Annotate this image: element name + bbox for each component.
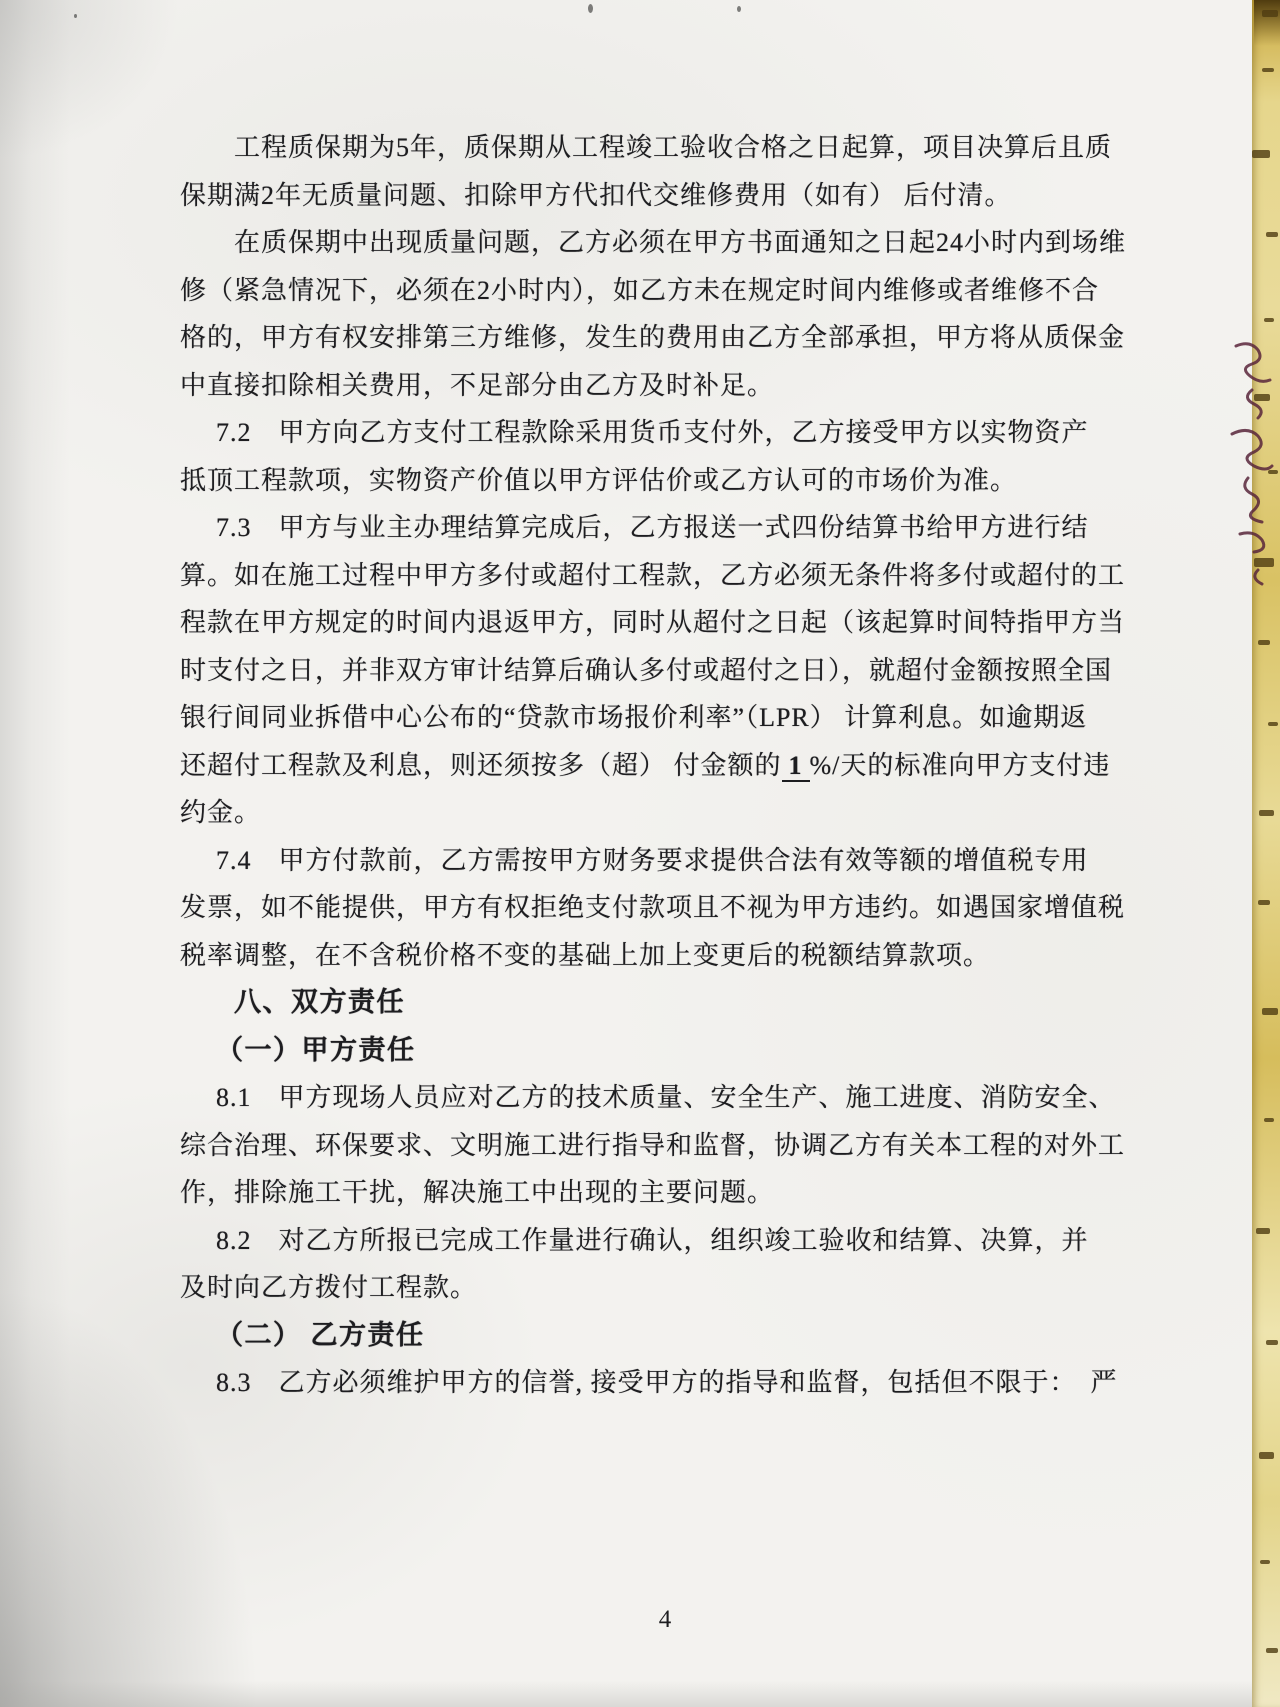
scan-shadow-top-left [0,0,180,160]
stack-edge-mark [1254,558,1274,567]
text-line: 约金。 [180,789,1080,837]
text-line: 银行间同业拆借中心公布的“贷款市场报价利率”（LPR） 计算利息。如逾期返 [180,694,1080,742]
text-line: 税率调整，在不含税价格不变的基础上加上变更后的税额结算款项。 [180,932,1080,980]
text-line: 8.2 对乙方所报已完成工作量进行确认，组织竣工验收和结算、决算，并 [216,1217,1080,1265]
text-line: 在质保期中出现质量问题，乙方必须在甲方书面通知之日起24小时内到场维 [234,219,1080,267]
text-line: 8.3 乙方必须维护甲方的信誉, 接受甲方的指导和监督，包括但不限于： 严 [216,1359,1080,1407]
stack-edge-mark [1266,232,1278,237]
filled-blank-value: 1 [782,751,810,782]
scan-speck [737,6,741,12]
stack-edge-mark [1260,1560,1270,1564]
stack-edge-mark [1254,394,1270,401]
text-line: 八、双方责任 [234,979,1080,1027]
text-line: 7.4 甲方付款前，乙方需按甲方财务要求提供合法有效等额的增值税专用 [216,837,1080,885]
text-line: 发票，如不能提供，甲方有权拒绝支付款项且不视为甲方违约。如遇国家增值税 [180,884,1080,932]
stack-edge-mark [1262,68,1274,72]
stack-edge-mark [1262,10,1278,17]
stack-edge-mark [1264,318,1274,322]
text-line: 算。如在施工过程中甲方多付或超付工程款，乙方必须无条件将多付或超付的工 [180,552,1080,600]
scan-speck [74,14,77,18]
text-segment: %/天的标准向甲方支付违 [810,751,1111,780]
stack-edge-mark [1266,1340,1278,1345]
text-segment: 还超付工程款及利息，则还须按多（超） 付金额的 [180,751,782,780]
text-line: 7.3 甲方与业主办理结算完成后，乙方报送一式四份结算书给甲方进行结 [216,504,1080,552]
page-stack-edge [1252,0,1280,1707]
text-line: 还超付工程款及利息，则还须按多（超） 付金额的1%/天的标准向甲方支付违 [180,742,1080,790]
scan-shadow-left [0,0,70,1707]
stack-edge-mark [1268,722,1278,726]
stack-edge-mark [1264,1118,1274,1122]
text-line: 作，排除施工干扰，解决施工中出现的主要问题。 [180,1169,1080,1217]
text-line: 修（紧急情况下，必须在2小时内），如乙方未在规定时间内维修或者维修不合 [180,267,1080,315]
text-line: 抵顶工程款项，实物资产价值以甲方评估价或乙方认可的市场价为准。 [180,457,1080,505]
text-line: 8.1 甲方现场人员应对乙方的技术质量、安全生产、施工进度、消防安全、 [216,1074,1080,1122]
page-stack-edge-blotch [1254,0,1280,46]
text-line: 保期满2年无质量问题、扣除甲方代扣代交维修费用（如有） 后付清。 [180,172,1080,220]
text-line: 时支付之日，并非双方审计结算后确认多付或超付之日），就超付金额按照全国 [180,647,1080,695]
text-line: （二） 乙方责任 [216,1312,1080,1360]
scanned-contract-page: 工程质保期为5年，质保期从工程竣工验收合格之日起算，项目决算后且质保期满2年无质… [0,0,1280,1707]
text-line: 程款在甲方规定的时间内退返甲方，同时从超付之日起（该起算时间特指甲方当 [180,599,1080,647]
stack-edge-mark [1262,1008,1278,1015]
scan-speck [588,4,593,13]
scan-shadow-bottom [0,1681,1280,1707]
contract-text: 工程质保期为5年，质保期从工程竣工验收合格之日起算，项目决算后且质保期满2年无质… [180,124,1080,1407]
stack-edge-mark [1258,900,1270,905]
stack-edge-mark [1259,1452,1274,1459]
page-number: 4 [0,1606,1280,1634]
text-line: 格的，甲方有权安排第三方维修，发生的费用由乙方全部承担，甲方将从质保金 [180,314,1080,362]
text-line: 中直接扣除相关费用，不足部分由乙方及时补足。 [180,362,1080,410]
stack-edge-mark [1266,1648,1278,1653]
text-line: 工程质保期为5年，质保期从工程竣工验收合格之日起算，项目决算后且质 [234,124,1080,172]
stack-edge-mark [1252,150,1270,158]
text-line: 综合治理、环保要求、文明施工进行指导和监督，协调乙方有关本工程的对外工 [180,1122,1080,1170]
text-line: 及时向乙方拨付工程款。 [180,1264,1080,1312]
text-line: （一）甲方责任 [216,1027,1080,1075]
stack-edge-mark [1258,640,1270,645]
stack-edge-mark [1259,810,1274,816]
stack-edge-mark [1268,470,1278,474]
stack-edge-mark [1256,1228,1270,1234]
text-line: 7.2 甲方向乙方支付工程款除采用货币支付外，乙方接受甲方以实物资产 [216,409,1080,457]
